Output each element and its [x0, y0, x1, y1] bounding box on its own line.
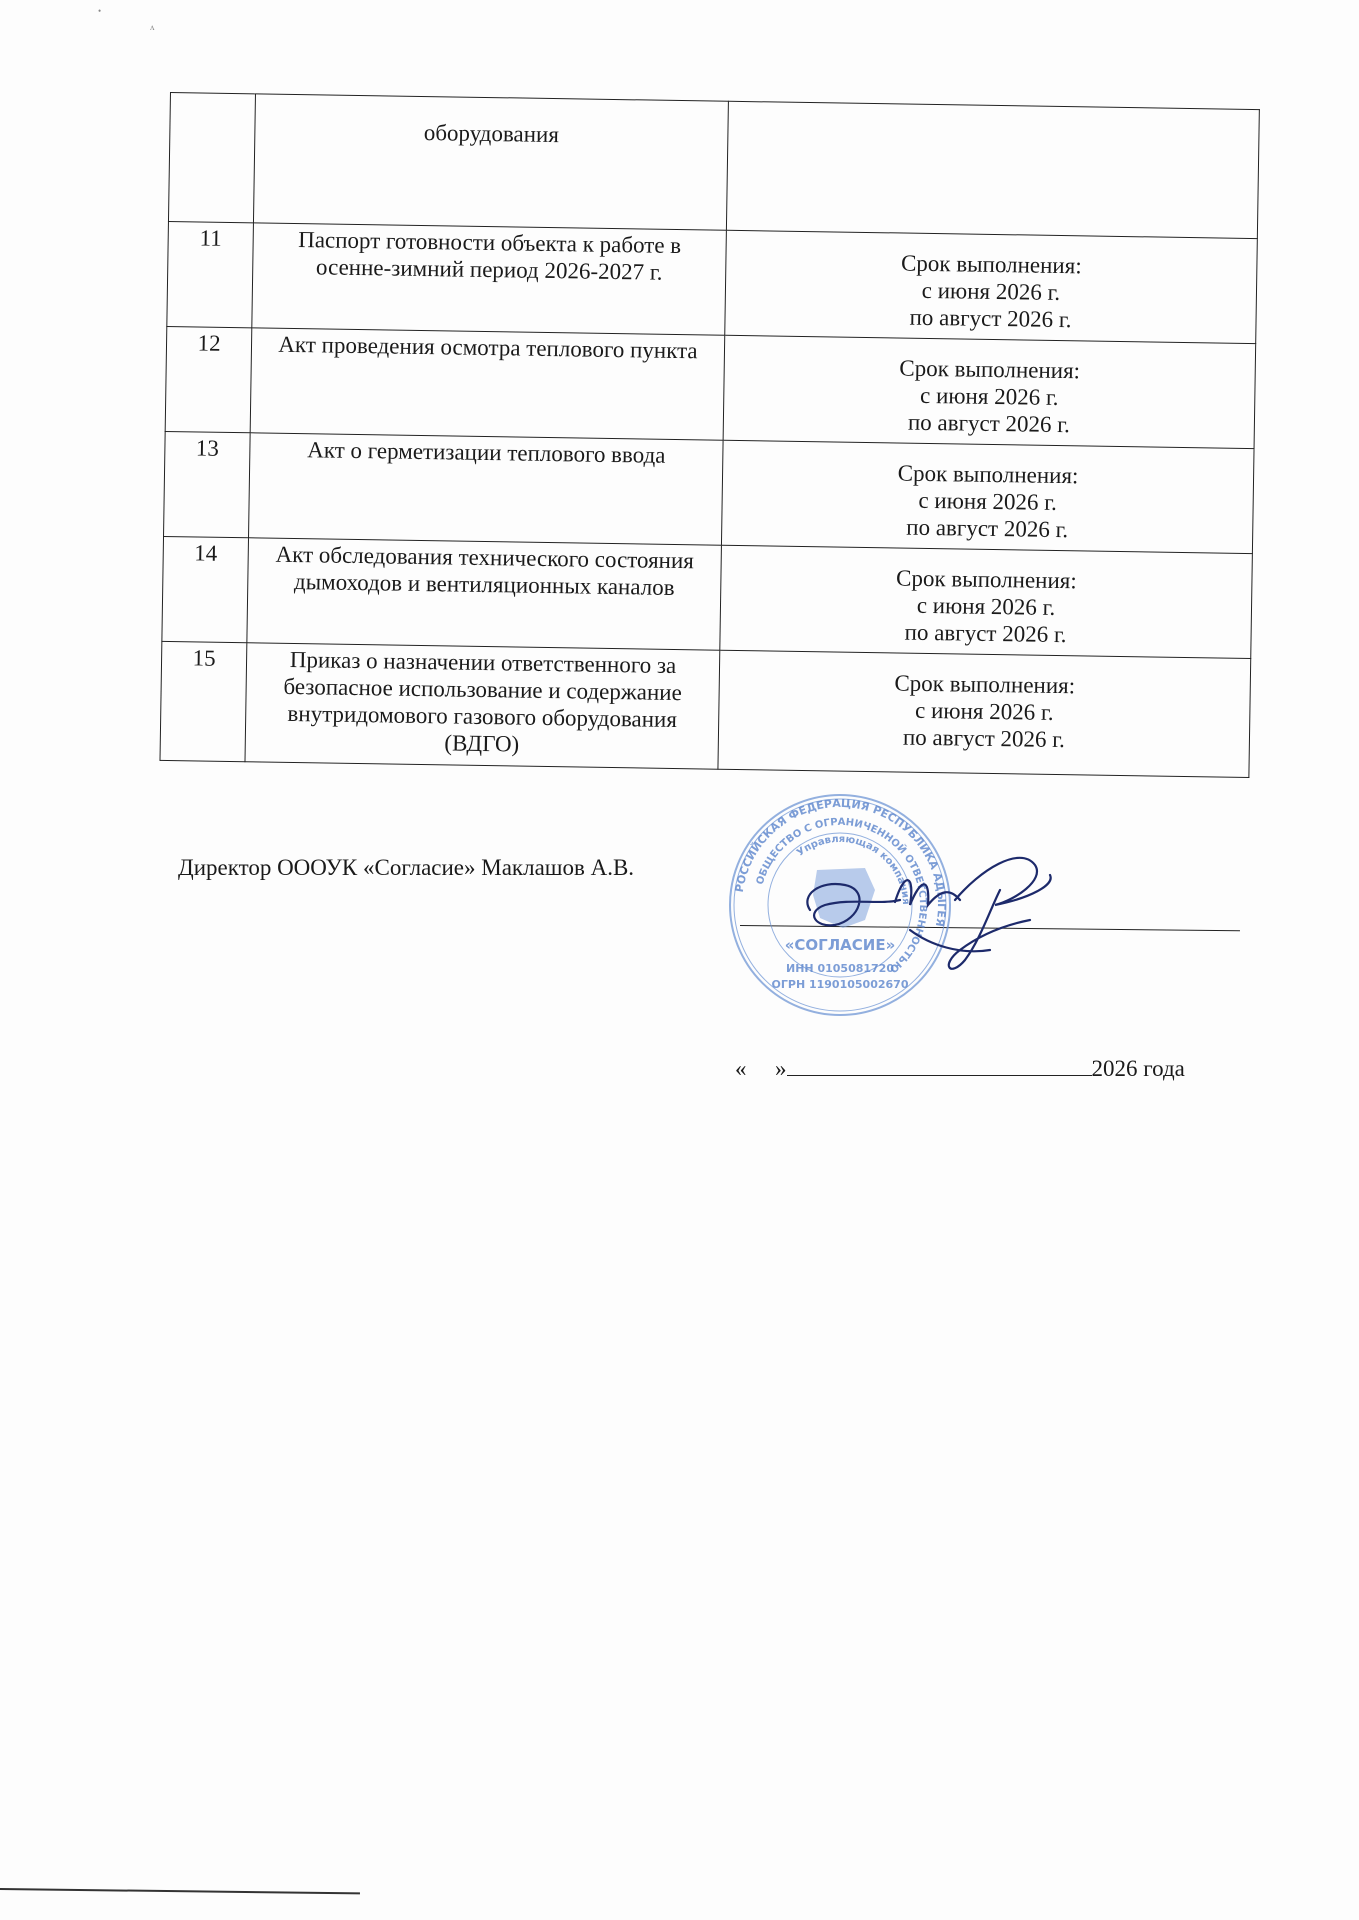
row-number: 13 [164, 431, 251, 537]
table-row: оборудования [168, 93, 1259, 239]
table-row: 11 Паспорт готовности объекта к работе в… [167, 221, 1258, 343]
date-year: 2026 года [1092, 1056, 1185, 1081]
row-number: 11 [167, 221, 254, 327]
scan-artifact: ʌ [150, 22, 155, 32]
document-name: оборудования [253, 94, 728, 230]
scan-edge-line [0, 1888, 360, 1894]
table-row: 12 Акт проведения осмотра теплового пунк… [165, 326, 1256, 448]
date-line: «»2026 года [735, 1055, 1185, 1082]
term-cell: Срок выполнения: с июня 2026 г. по авгус… [720, 545, 1253, 658]
scan-artifact: • [98, 6, 101, 16]
signatory-name: Директор ОООУК «Согласие» Маклашов А.В. [178, 855, 634, 881]
document-name: Паспорт готовности объекта к работе в ос… [252, 223, 727, 335]
table-row: 13 Акт о герметизации теплового ввода Ср… [164, 431, 1255, 553]
term-cell: Срок выполнения: с июня 2026 г. по авгус… [721, 440, 1254, 553]
table-row: 15 Приказ о назначении ответственного за… [160, 641, 1251, 777]
term-cell: Срок выполнения: с июня 2026 г. по авгус… [725, 230, 1258, 343]
requirements-table: оборудования 11 Паспорт готовности объек… [159, 92, 1259, 778]
row-number: 14 [162, 536, 249, 642]
document-page: • ʌ оборудования 11 Паспорт готовности о… [0, 0, 1359, 1920]
date-blank-field [787, 1055, 1092, 1076]
row-number: 12 [165, 326, 252, 432]
document-name: Акт о герметизации теплового ввода [249, 433, 724, 545]
row-number: 15 [160, 641, 247, 761]
handwritten-signature-icon [790, 850, 1090, 980]
row-number [168, 93, 255, 223]
date-quote-open: « [735, 1056, 775, 1082]
document-name: Приказ о назначении ответственного за бе… [245, 643, 720, 769]
term-cell [726, 101, 1259, 238]
date-quote-close: » [775, 1056, 787, 1081]
term-cell: Срок выполнения: с июня 2026 г. по авгус… [718, 650, 1251, 777]
document-name: Акт проведения осмотра теплового пункта [250, 328, 725, 440]
table-row: 14 Акт обследования технического состоян… [162, 536, 1253, 658]
document-name: Акт обследования технического состояния … [247, 538, 722, 650]
term-cell: Срок выполнения: с июня 2026 г. по авгус… [723, 335, 1256, 448]
